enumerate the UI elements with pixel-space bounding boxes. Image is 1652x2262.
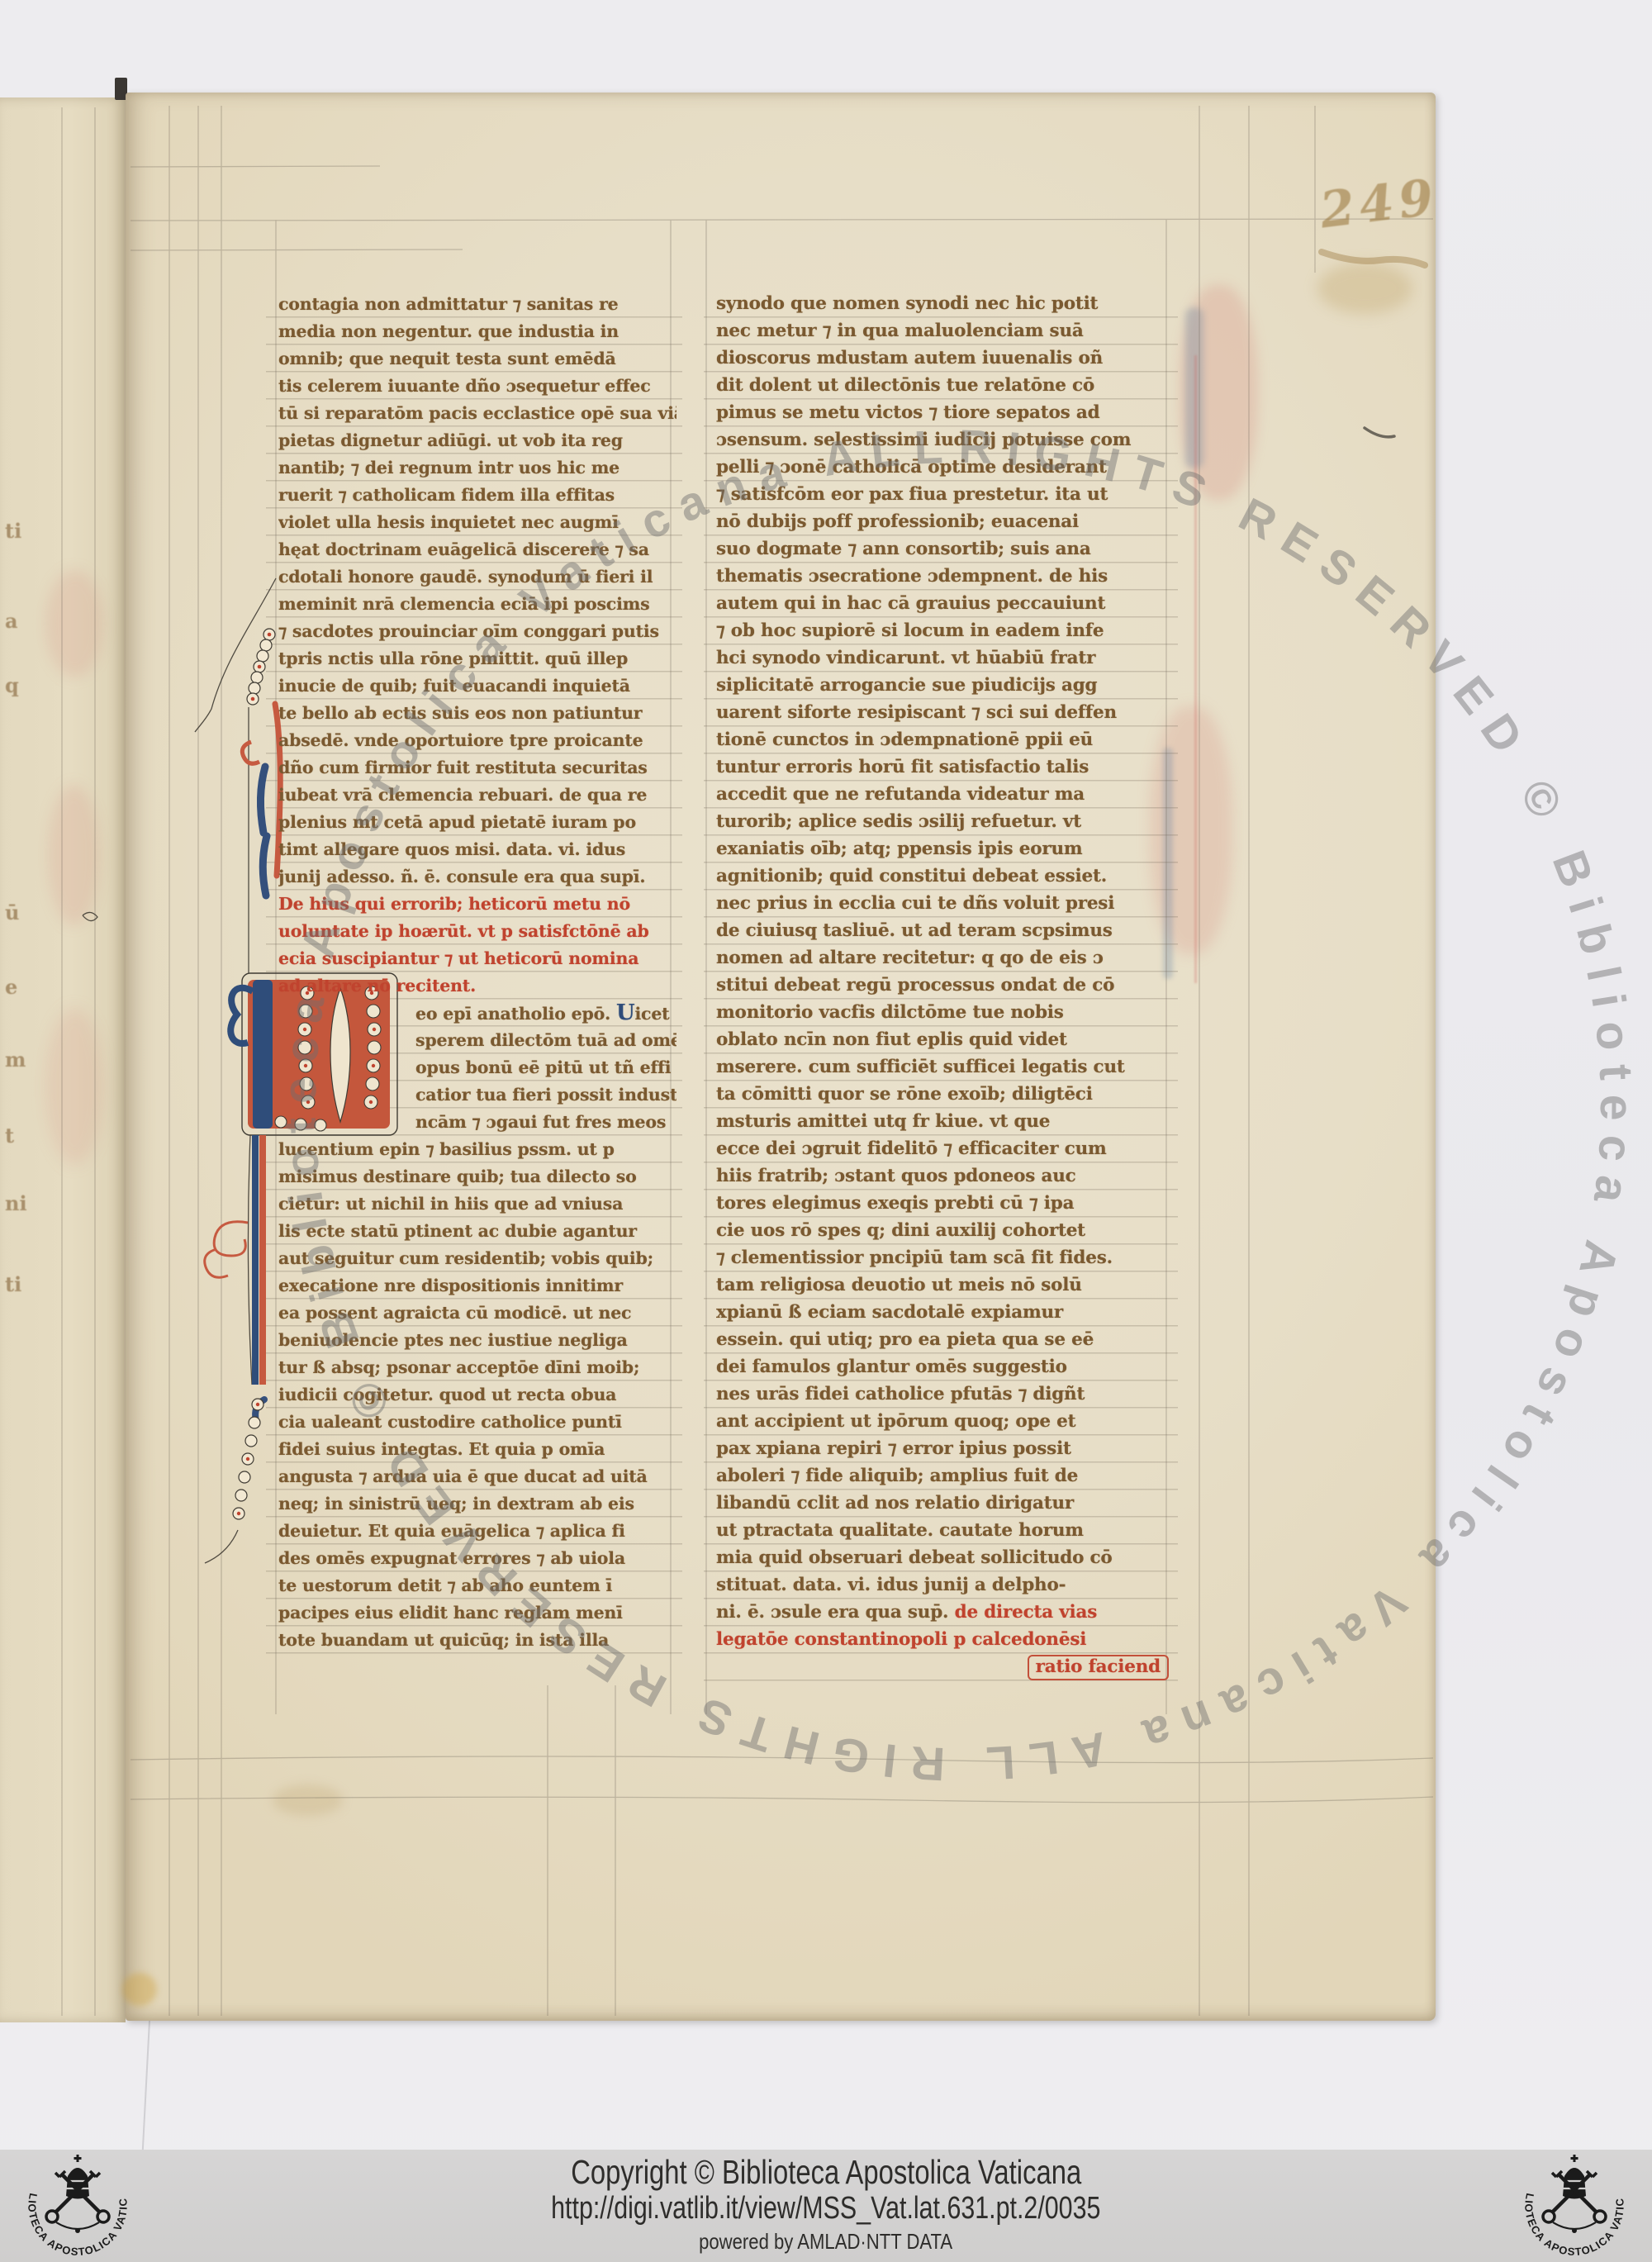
manuscript-text-line: pelli ⁊ ɔonē catholicā optime desiderant (716, 454, 1172, 482)
manuscript-text-line: hęat doctrinam euāgelicā discerere ⁊ sa (278, 536, 676, 563)
manuscript-text-line: tores elegimus exeqis prebti cū ⁊ ipa (716, 1190, 1172, 1218)
manuscript-text-line: mserere. cum sufficiēt sufficei legatis … (716, 1054, 1172, 1081)
manuscript-text-line: ⁊ sacdotes prouinciar oīm conggari putis (278, 618, 676, 645)
manuscript-text-line: execatione nre dispositionis innitimr (278, 1272, 676, 1300)
manuscript-text-line: ratio faciend (716, 1654, 1172, 1681)
manuscript-text-line: ncām ⁊ ɔgaui fut fres meos (278, 1109, 676, 1136)
manuscript-text-line: synodo que nomen synodi nec hic potit (716, 291, 1172, 318)
manuscript-text-line: siplicitatē arrogancie sue piudicijs agg (716, 672, 1172, 700)
manuscript-text-line: catior tua fieri possit industia (278, 1081, 676, 1109)
manuscript-text-line: ea possent agraicta cū modicē. ut nec (278, 1300, 676, 1327)
manuscript-text-line: aboleri ⁊ fide aliquib; amplius fuit de (716, 1463, 1172, 1490)
manuscript-text-line: nomen ad altare recitetur: q qo de eis ɔ (716, 945, 1172, 972)
left-text-column: contagia non admittatur ⁊ sanitas remedi… (278, 291, 676, 1662)
manuscript-text-line: plenius mt cetā apud pietatē iuram po (278, 809, 676, 836)
manuscript-text-line: stituat. data. vi. idus junij a delpho- (716, 1572, 1172, 1599)
manuscript-text-line: de ciuiusq tasliuē. ut ad teram scpsimus (716, 918, 1172, 945)
manuscript-text-line: nantib; ⁊ dei regnum intr uos hic me (278, 454, 676, 482)
manuscript-text-line: cietur: ut nichil in hiis que ad vniusa (278, 1190, 676, 1218)
manuscript-text-line: suo dogmate ⁊ ann consortib; suis ana (716, 536, 1172, 563)
manuscript-text-line: sperem dilectōm tuā ad omē (278, 1027, 676, 1054)
manuscript-text-line: misimus destinare quib; tua dilecto so (278, 1163, 676, 1190)
manuscript-text-line: cdotali honore gaudē. synodum ū fieri il (278, 563, 676, 591)
manuscript-text-line: opus bonū eē pitū ut tñ effi (278, 1054, 676, 1081)
manuscript-text-line: ant accipient ut ipōrum quoq; ope et (716, 1409, 1172, 1436)
manuscript-text-line: tote buandam ut quicūq; in ista illa (278, 1627, 676, 1654)
manuscript-text-line: libandū cclit ad nos relatio dirigatur (716, 1490, 1172, 1518)
manuscript-text-line: nec metur ⁊ in qua maluolenciam suā (716, 318, 1172, 345)
manuscript-text-line: meminit nrā clemencia eciā ipi poscims (278, 591, 676, 618)
manuscript-text-line: lucentium epin ⁊ basilius pssm. ut p (278, 1136, 676, 1163)
manuscript-text-line: pacipes eius elidit hanc reglam menī (278, 1599, 676, 1627)
manuscript-text-line: pax xpiana repiri ⁊ error ipius possit (716, 1436, 1172, 1463)
manuscript-text-line: media non negentur. que industia in (278, 318, 676, 345)
manuscript-text-line: tur ß absq; psonar acceptōe dīni moib; (278, 1354, 676, 1381)
manuscript-text-line: msturis amittei utq fr kiue. vt que (716, 1109, 1172, 1136)
manuscript-text-line: accedit que ne refutanda videatur ma (716, 782, 1172, 809)
manuscript-text-line: neq; in sinistrū ueq; in dextram ab eis (278, 1490, 676, 1518)
manuscript-text-line: dño cum firmior fuit restituta securitas (278, 754, 676, 782)
manuscript-text-line: agnitionib; quid constitui debeat essiet… (716, 863, 1172, 891)
manuscript-text-line: ad altare nō recitent. (278, 972, 676, 1000)
vatican-library-logo-left (15, 2148, 140, 2262)
manuscript-text-line: De hius qui errorib; heticorū metu nō (278, 891, 676, 918)
manuscript-text-line: exaniatis oīb; atq; ppensis ipis eorum (716, 836, 1172, 863)
vatican-library-logo-right (1512, 2148, 1637, 2262)
manuscript-text-line: thematis ɔsecratione ɔdempnent. de his (716, 563, 1172, 591)
manuscript-text-line: turorib; aplice sedis ɔsilij refuetur. v… (716, 809, 1172, 836)
manuscript-text-line: essein. qui utiq; pro ea pieta qua se eē (716, 1327, 1172, 1354)
manuscript-text-line: timt allegare quos misi. data. vi. idus (278, 836, 676, 863)
manuscript-text-line: uoluntate ip hoærūt. vt p satisfctōnē ab (278, 918, 676, 945)
manuscript-text-line: contagia non admittatur ⁊ sanitas re (278, 291, 676, 318)
manuscript-text-line: deuietur. Et quia euāgelica ⁊ aplica fi (278, 1518, 676, 1545)
manuscript-text-line: tpris nctis ulla rōne pmittit. quū illep (278, 645, 676, 672)
manuscript-text-line: autem qui in hac cā grauius peccauiunt (716, 591, 1172, 618)
manuscript-text-line: fidei suius integtas. Et quia p omīa (278, 1436, 676, 1463)
manuscript-text-line: mia quid obseruari debeat sollicitudo cō (716, 1545, 1172, 1572)
manuscript-text-line: dioscorus mdustam autem iuuenalis oñ (716, 345, 1172, 373)
manuscript-text-line: hci synodo vindicarunt. vt hūabiū fratr (716, 645, 1172, 672)
manuscript-text-line: ni. ē. ɔsule era qua sup̄. de directa vi… (716, 1599, 1172, 1627)
manuscript-text-line: stitui debeat regū processus ondat de cō (716, 972, 1172, 1000)
manuscript-text-line: tis celerem iuuante dño ɔsequetur effec (278, 373, 676, 400)
manuscript-text-line: xpianū ß eciam sacdotalē expiamur (716, 1300, 1172, 1327)
scanned-manuscript-view: tiaqūemtniti (0, 0, 1652, 2262)
manuscript-text-line: ⁊ satisfcōm eor pax fiua prestetur. ita … (716, 482, 1172, 509)
manuscript-text-line: nec prius in ecclia cui te dñs voluit pr… (716, 891, 1172, 918)
manuscript-text-line: aut seguitur cum residentib; vobis quib; (278, 1245, 676, 1272)
manuscript-text-line: inucie de quib; fuit euacandi inquietā (278, 672, 676, 700)
footer-bar: Copyright © Biblioteca Apostolica Vatica… (0, 2150, 1652, 2262)
manuscript-text-line: eo epī anatholio epō. Uicet (278, 1000, 676, 1027)
manuscript-text-line: beniuolencie ptes nec iustiue negliga (278, 1327, 676, 1354)
copyright-line: Copyright © Biblioteca Apostolica Vatica… (571, 2153, 1081, 2192)
manuscript-text-line: monitorio vacfis dilctōme tue nobis (716, 1000, 1172, 1027)
manuscript-text-line: nō dubijs poff professionib; euacenai (716, 509, 1172, 536)
manuscript-text-line: violet ulla hesis inquietet nec augmī (278, 509, 676, 536)
manuscript-text-line: tam religiosa deuotio ut meis nō solū (716, 1272, 1172, 1300)
manuscript-text-line: dit dolent ut dilectōnis tue relatōne cō (716, 373, 1172, 400)
manuscript-text-line: ɔsensum. selestissimi iudicij potuisse c… (716, 427, 1172, 454)
manuscript-text-line: ecia suscipiantur ⁊ ut heticorū nomina (278, 945, 676, 972)
manuscript-text-line: cie uos rō spes q; dini auxilij cohortet (716, 1218, 1172, 1245)
manuscript-text-line: absedē. vnde oportuiore tpre proicante (278, 727, 676, 754)
manuscript-text-line: pietas dignetur adiūgi. ut vob ita reg (278, 427, 676, 454)
manuscript-text-line: cia ualeant custodire catholice puntī (278, 1409, 676, 1436)
manuscript-text-line: oblato ncīn non fiut eplis quid videt (716, 1027, 1172, 1054)
manuscript-text-line: ut ptractata qualitate. cautate horum (716, 1518, 1172, 1545)
manuscript-text-line: iubeat vrā clemencia rebuari. de qua re (278, 782, 676, 809)
manuscript-text-line: tionē cunctos in ɔdempnationē ppii eū (716, 727, 1172, 754)
manuscript-text-line: legatōe constantinopoli p calcedonēsi (716, 1627, 1172, 1654)
manuscript-text-line: te bello ab ectis suis eos non patiuntur (278, 700, 676, 727)
manuscript-text-line: pimus se metu victos ⁊ tiore sepatos ad (716, 400, 1172, 427)
manuscript-text-line: junij adesso. ñ. ē. consule era qua supī… (278, 863, 676, 891)
manuscript-text-line: te uestorum detit ⁊ ab aho euntem ī (278, 1572, 676, 1599)
manuscript-text-line: lis ecte statū ptinent ac dubie agantur (278, 1218, 676, 1245)
manuscript-text-line: nes urās fidei catholice pfutās ⁊ digñt (716, 1381, 1172, 1409)
manuscript-text-line: ruerit ⁊ catholicam fidem illa effitas (278, 482, 676, 509)
manuscript-text-line: iudicii cogitetur. quod ut recta obua (278, 1381, 676, 1409)
manuscript-text-line: angusta ⁊ ardua uia ē que ducat ad uitā (278, 1463, 676, 1490)
manuscript-text-line: dei famulos glantur omēs suggestio (716, 1354, 1172, 1381)
manuscript-text-line: tū si reparatōm pacis ecclastice opē sua… (278, 400, 676, 427)
manuscript-text-line: ⁊ clementissior pncipiū tam scā fit fide… (716, 1245, 1172, 1272)
manuscript-text-line: ⁊ ob hoc supiorē si locum in eadem infe (716, 618, 1172, 645)
manuscript-text-line: omnib; que nequit testa sunt emēdā (278, 345, 676, 373)
manuscript-text-line: des omēs expugnat errores ⁊ ab uiola (278, 1545, 676, 1572)
url-line: http://digi.vatlib.it/view/MSS_Vat.lat.6… (551, 2191, 1100, 2226)
powered-by-line: powered by AMLAD·NTT DATA (699, 2229, 952, 2255)
manuscript-text-line: tuntur erroris horū fit satisfactio tali… (716, 754, 1172, 782)
manuscript-text-line: ta cōmitti quor se rōne exoīb; diligtēci (716, 1081, 1172, 1109)
manuscript-text-line: uarent siforte resipiscant ⁊ sci sui def… (716, 700, 1172, 727)
manuscript-text-line: ecce dei ɔgruit fidelitō ⁊ efficaciter c… (716, 1136, 1172, 1163)
right-text-column: synodo que nomen synodi nec hic potitnec… (716, 291, 1172, 1691)
manuscript-text-line: hiis fratrib; ɔstant quos pdoneos auc (716, 1163, 1172, 1190)
